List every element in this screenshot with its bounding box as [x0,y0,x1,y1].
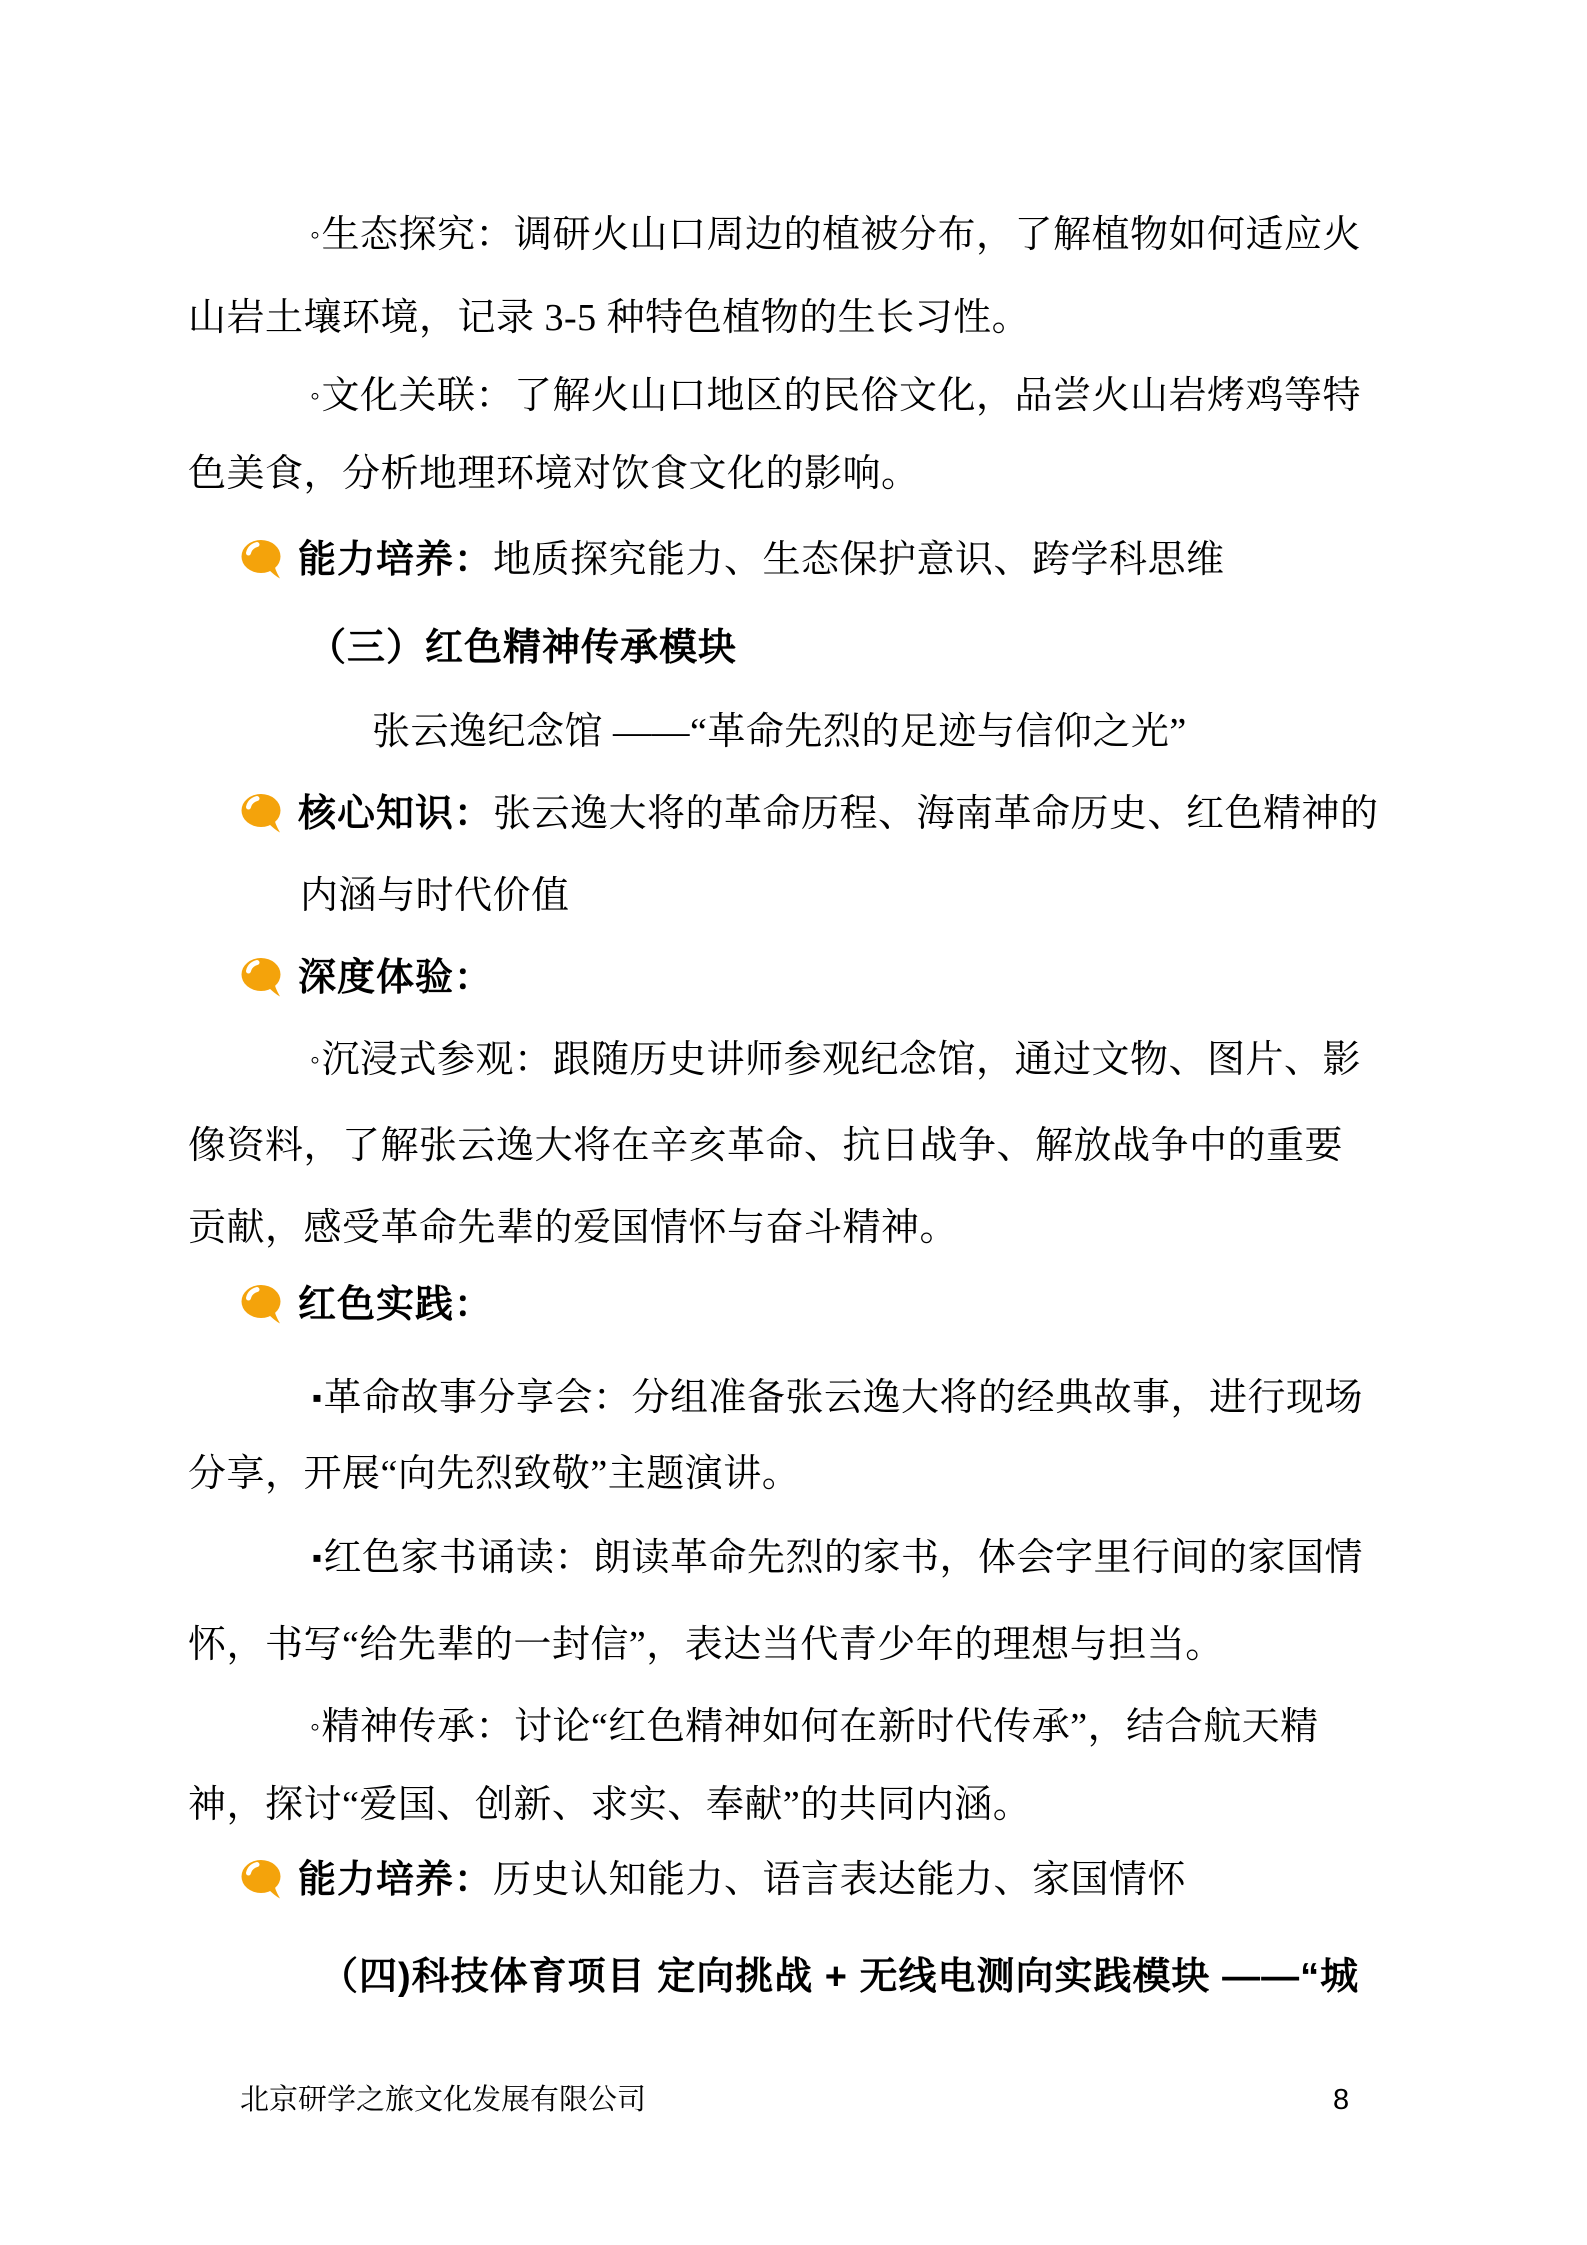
section-heading: （三）红色精神传承模块 [308,621,737,675]
line-text: 山岩土壤环境，记录 3-5 种特色植物的生长习性。 [188,297,1030,339]
square-marker: ▪ [312,1383,322,1414]
speech-balloon-icon [240,1859,284,1899]
circle-marker: ◦ [310,1712,320,1743]
paragraph-line: ▪红色家书诵读：朗读革命先烈的家书，体会字里行间的家国情 [312,1531,1363,1586]
paragraph-line: 山岩土壤环境，记录 3-5 种特色植物的生长习性。 [188,291,1030,345]
line-text: 内涵与时代价值 [300,875,570,917]
speech-balloon-icon [240,539,284,579]
line-text: 张云逸大将的革命历程、海南革命历史、红色精神的 [493,793,1379,835]
speech-balloon-icon [240,1284,284,1324]
paragraph-line: ◦沉浸式参观：跟随历史讲师参观纪念馆，通过文物、图片、影 [310,1033,1361,1088]
heading-text: （四)科技体育项目 定向挑战 + 无线电测向实践模块 ——“城 [320,1956,1359,1998]
paragraph-line: ◦生态探究：调研火山口周边的植被分布，了解植物如何适应火 [310,208,1361,263]
page-number-text: 8 [1333,2084,1349,2116]
line-text: 神，探讨“爱国、创新、求实、奉献”的共同内涵。 [188,1784,1031,1826]
document-page: ◦生态探究：调研火山口周边的植被分布，了解植物如何适应火 山岩土壤环境，记录 3… [0,0,1587,2245]
paragraph-line: ◦文化关联：了解火山口地区的民俗文化，品尝火山岩烤鸡等特 [310,369,1361,424]
line-text: 分享，开展“向先烈致敬”主题演讲。 [188,1453,800,1495]
line-text: 生态探究：调研火山口周边的植被分布，了解植物如何适应火 [321,214,1361,256]
bullet-label: 能力培养： [298,1859,493,1901]
paragraph-line: 贡献，感受革命先辈的爱国情怀与奋斗精神。 [188,1201,958,1255]
line-text: 张云逸纪念馆 ——“革命先烈的足迹与信仰之光” [372,711,1187,753]
paragraph-line: ▪革命故事分享会：分组准备张云逸大将的经典故事，进行现场 [312,1371,1363,1426]
speech-balloon-icon [240,793,284,833]
paragraph-line: ◦精神传承：讨论“红色精神如何在新时代传承”，结合航天精 [310,1700,1319,1755]
bullet-label: 能力培养： [298,539,493,581]
paragraph-line: 神，探讨“爱国、创新、求实、奉献”的共同内涵。 [188,1778,1031,1832]
line-text: 像资料，了解张云逸大将在辛亥革命、抗日战争、解放战争中的重要 [188,1125,1343,1167]
circle-marker: ◦ [310,381,320,412]
footer-company: 北京研学之旅文化发展有限公司 [240,2083,646,2117]
bullet-line: 深度体验： [240,951,493,1005]
paragraph-line: 怀，书写“给先辈的一封信”，表达当代青少年的理想与担当。 [188,1618,1224,1672]
heading-text: （三）红色精神传承模块 [308,627,737,669]
bullet-line: 能力培养：地质探究能力、生态保护意识、跨学科思维 [240,533,1225,587]
bullet-label: 深度体验： [298,957,493,999]
line-text: 贡献，感受革命先辈的爱国情怀与奋斗精神。 [188,1207,958,1249]
paragraph-line: 像资料，了解张云逸大将在辛亥革命、抗日战争、解放战争中的重要 [188,1119,1343,1173]
line-text: 地质探究能力、生态保护意识、跨学科思维 [493,539,1225,581]
line-text: 历史认知能力、语言表达能力、家国情怀 [493,1859,1186,1901]
speech-balloon-icon [240,957,284,997]
footer-company-text: 北京研学之旅文化发展有限公司 [240,2084,646,2116]
bullet-line: 核心知识：张云逸大将的革命历程、海南革命历史、红色精神的 [240,787,1379,841]
circle-marker: ◦ [310,220,320,251]
section-heading: （四)科技体育项目 定向挑战 + 无线电测向实践模块 ——“城 [320,1950,1359,2004]
line-text: 怀，书写“给先辈的一封信”，表达当代青少年的理想与担当。 [188,1624,1224,1666]
bullet-label: 核心知识： [298,793,493,835]
sub-heading: 张云逸纪念馆 ——“革命先烈的足迹与信仰之光” [372,705,1187,759]
bullet-line: 能力培养：历史认知能力、语言表达能力、家国情怀 [240,1853,1186,1907]
paragraph-line: 色美食，分析地理环境对饮食文化的影响。 [188,447,920,501]
page-number: 8 [1333,2083,1349,2117]
circle-marker: ◦ [310,1045,320,1076]
line-text: 革命故事分享会：分组准备张云逸大将的经典故事，进行现场 [323,1377,1363,1419]
line-text: 精神传承：讨论“红色精神如何在新时代传承”，结合航天精 [321,1706,1318,1748]
bullet-line: 红色实践： [240,1278,493,1332]
line-text: 色美食，分析地理环境对饮食文化的影响。 [188,453,920,495]
line-text: 沉浸式参观：跟随历史讲师参观纪念馆，通过文物、图片、影 [321,1039,1361,1081]
square-marker: ▪ [312,1543,322,1574]
paragraph-line: 分享，开展“向先烈致敬”主题演讲。 [188,1447,800,1501]
line-text: 红色家书诵读：朗读革命先烈的家书，体会字里行间的家国情 [323,1537,1363,1579]
bullet-label: 红色实践： [298,1284,493,1326]
paragraph-line: 内涵与时代价值 [300,869,570,923]
line-text: 文化关联：了解火山口地区的民俗文化，品尝火山岩烤鸡等特 [321,375,1361,417]
